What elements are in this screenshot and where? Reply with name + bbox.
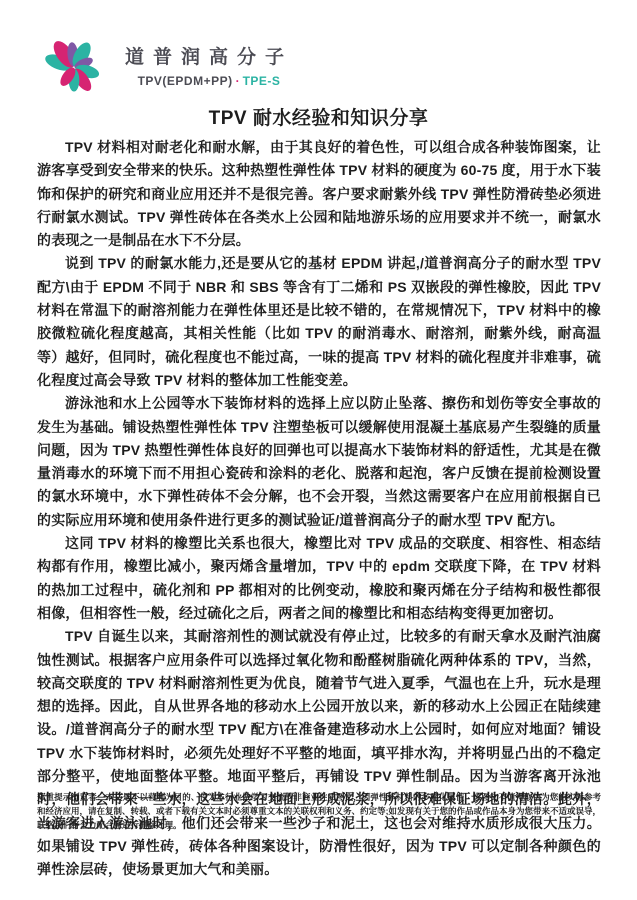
brand-subtitle-main: TPV(EPDM+PP) <box>138 74 233 88</box>
body-paragraph: 这同 TPV 材料的橡塑比关系也很大，橡塑比对 TPV 成品的交联度、相容性、相… <box>37 532 601 625</box>
brand-subtitle-separator-dot: · <box>236 74 240 88</box>
flower-logo-icon <box>33 30 115 106</box>
page-title: TPV 耐水经验和知识分享 <box>0 103 637 130</box>
body-paragraph: 说到 TPV 的耐氯水能力,还是要从它的基材 EPDM 讲起,/道普润高分子的耐… <box>37 252 601 392</box>
body-paragraph: TPV 自诞生以来，其耐溶剂性的测试就没有停止过，比较多的有耐天拿水及耐汽油腐蚀… <box>37 625 601 881</box>
brand-subtitle-accent: TPE-S <box>243 74 281 88</box>
article-body: TPV 材料相对耐老化和耐水解，由于其良好的着色性，可以组合成各种装饰图案，让游… <box>37 136 601 882</box>
brand-name: 道普润高分子 <box>125 42 293 69</box>
brand-header: 道普润高分子 TPV(EPDM+PP)·TPE-S <box>33 30 293 106</box>
document-page: 道普润高分子 TPV(EPDM+PP)·TPE-S TPV 耐水经验和知识分享 … <box>0 0 637 900</box>
disclaimer-text: 郑重提示浏览者：本文是不以营利为目的、仅为本行业做学习交流的非商业性质图文，因弹… <box>37 790 601 832</box>
brand-subtitle: TPV(EPDM+PP)·TPE-S <box>125 74 293 88</box>
body-paragraph: 游泳池和水上公园等水下装饰材料的选择上应以防止坠落、擦伤和划伤等安全事故的发生为… <box>37 392 601 532</box>
brand-text-block: 道普润高分子 TPV(EPDM+PP)·TPE-S <box>125 42 293 88</box>
body-paragraph: TPV 材料相对耐老化和耐水解，由于其良好的着色性，可以组合成各种装饰图案，让游… <box>37 136 601 252</box>
